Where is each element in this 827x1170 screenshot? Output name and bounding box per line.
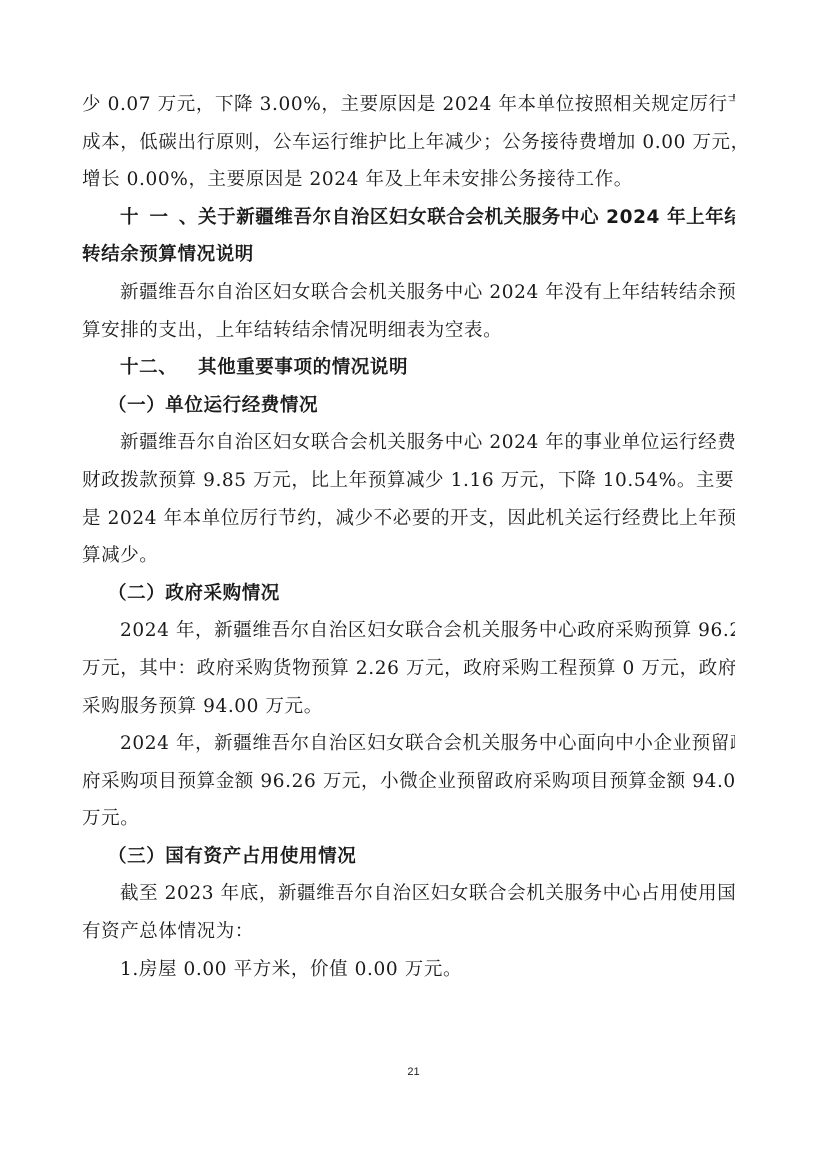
subsection-heading-3: （三）国有资产占用使用情况 (82, 838, 735, 876)
body-text-line: 新疆维吾尔自治区妇女联合会机关服务中心 2024 年的事业单位运行经费 (82, 424, 735, 462)
document-page: 少 0.07 万元，下降 3.00%，主要原因是 2024 年本单位按照相关规定… (0, 0, 827, 1170)
body-text-line: 少 0.07 万元，下降 3.00%，主要原因是 2024 年本单位按照相关规定… (82, 86, 735, 124)
body-text-line: 截至 2023 年底，新疆维吾尔自治区妇女联合会机关服务中心占用使用国 (82, 875, 735, 913)
body-text-line: 万元。 (82, 800, 735, 838)
body-text-line: 算减少。 (82, 537, 735, 575)
section-number: 十二、 (120, 349, 198, 387)
section-heading-11-cont: 转结余预算情况说明 (82, 236, 735, 274)
body-text-line: 2024 年，新疆维吾尔自治区妇女联合会机关服务中心面向中小企业预留政 (82, 725, 735, 763)
body-text-line: 新疆维吾尔自治区妇女联合会机关服务中心 2024 年没有上年结转结余预 (82, 274, 735, 312)
page-number: 21 (0, 1066, 827, 1078)
body-text-line: 成本，低碳出行原则，公车运行维护比上年减少；公务接待费增加 0.00 万元， (82, 124, 735, 162)
body-text-line: 万元，其中：政府采购货物预算 2.26 万元，政府采购工程预算 0 万元，政府 (82, 650, 735, 688)
body-text-line: 府采购项目预算金额 96.26 万元，小微企业预留政府采购项目预算金额 94.0… (82, 763, 735, 801)
section-number: 十一、 (120, 199, 198, 237)
body-text-line: 采购服务预算 94.00 万元。 (82, 688, 735, 726)
section-title: 关于新疆维吾尔自治区妇女联合会机关服务中心 2024 年上年结 (198, 207, 735, 228)
body-text-line: 2024 年，新疆维吾尔自治区妇女联合会机关服务中心政府采购预算 96.26 (82, 612, 735, 650)
subsection-heading-2: （二）政府采购情况 (82, 575, 735, 613)
subsection-heading-1: （一）单位运行经费情况 (82, 387, 735, 425)
body-text-line: 有资产总体情况为： (82, 913, 735, 951)
page-content: 少 0.07 万元，下降 3.00%，主要原因是 2024 年本单位按照相关规定… (82, 86, 735, 988)
section-heading-12: 十二、其他重要事项的情况说明 (82, 349, 735, 387)
body-text-line: 是 2024 年本单位厉行节约，减少不必要的开支，因此机关运行经费比上年预 (82, 500, 735, 538)
section-heading-11: 十一、关于新疆维吾尔自治区妇女联合会机关服务中心 2024 年上年结 (82, 199, 735, 237)
body-text-line: 算安排的支出，上年结转结余情况明细表为空表。 (82, 312, 735, 350)
body-text-line: 1.房屋 0.00 平方米，价值 0.00 万元。 (82, 951, 735, 989)
body-text-line: 增长 0.00%，主要原因是 2024 年及上年未安排公务接待工作。 (82, 161, 735, 199)
section-title: 其他重要事项的情况说明 (198, 357, 408, 378)
body-text-line: 财政拨款预算 9.85 万元，比上年预算减少 1.16 万元，下降 10.54%… (82, 462, 735, 500)
